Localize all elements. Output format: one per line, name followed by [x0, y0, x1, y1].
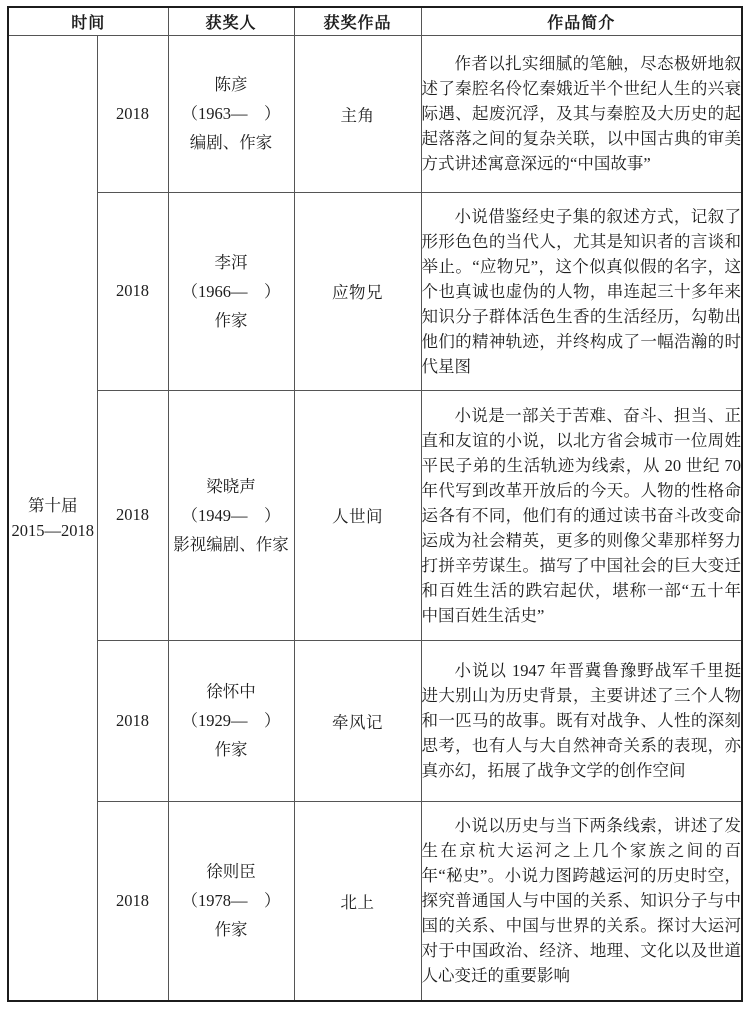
winner-role: 影视编剧、作家 [169, 530, 294, 559]
year-cell: 2018 [97, 192, 168, 390]
winner-dates: （1966— ） [169, 277, 294, 306]
year-cell: 2018 [97, 640, 168, 801]
table-row: 第十届 2015—2018 2018 陈彦 （1963— ） 编剧、作家 主角 … [8, 35, 742, 192]
header-intro: 作品简介 [421, 7, 742, 35]
winner-role: 作家 [169, 735, 294, 764]
intro-text: 作者以扎实细腻的笔触，尽态极妍地叙述了秦腔名伶忆秦娥近半个世纪人生的兴衰际遇、起… [422, 51, 742, 176]
winner-cell: 李洱 （1966— ） 作家 [168, 192, 294, 390]
intro-text: 小说是一部关于苦难、奋斗、担当、正直和友谊的小说，以北方省会城市一位周姓平民子弟… [422, 403, 742, 628]
winner-dates: （1929— ） [169, 706, 294, 735]
work-cell: 应物兄 [294, 192, 421, 390]
work-cell: 北上 [294, 801, 421, 1001]
year-cell: 2018 [97, 390, 168, 640]
winner-dates: （1963— ） [169, 99, 294, 128]
table-row: 2018 徐则臣 （1978— ） 作家 北上 小说以历史与当下两条线索，讲述了… [8, 801, 742, 1001]
winner-name: 徐怀中 [169, 677, 294, 706]
intro-text: 小说借鉴经史子集的叙述方式，记叙了形形色色的当代人，尤其是知识者的言谈和举止。“… [422, 204, 742, 379]
table-row: 2018 徐怀中 （1929— ） 作家 牵风记 小说以 1947 年晋冀鲁豫野… [8, 640, 742, 801]
winner-cell: 徐怀中 （1929— ） 作家 [168, 640, 294, 801]
header-winner: 获奖人 [168, 7, 294, 35]
winner-dates: （1949— ） [169, 501, 294, 530]
header-time: 时间 [8, 7, 168, 35]
winner-dates: （1978— ） [169, 886, 294, 915]
winner-role: 作家 [169, 915, 294, 944]
table-header-row: 时间 获奖人 获奖作品 作品简介 [8, 7, 742, 35]
table-row: 2018 李洱 （1966— ） 作家 应物兄 小说借鉴经史子集的叙述方式，记叙… [8, 192, 742, 390]
edition-title: 第十届 [9, 493, 97, 518]
winner-cell: 陈彦 （1963— ） 编剧、作家 [168, 35, 294, 192]
intro-text: 小说以 1947 年晋冀鲁豫野战军千里挺进大别山为历史背景，主要讲述了三个人物和… [422, 658, 742, 783]
edition-years: 2015—2018 [9, 518, 97, 543]
edition-cell: 第十届 2015—2018 [8, 35, 97, 1001]
work-cell: 牵风记 [294, 640, 421, 801]
intro-text: 小说以历史与当下两条线索，讲述了发生在京杭大运河之上几个家族之间的百年“秘史”。… [422, 813, 742, 988]
intro-cell: 小说是一部关于苦难、奋斗、担当、正直和友谊的小说，以北方省会城市一位周姓平民子弟… [421, 390, 742, 640]
table-row: 2018 梁晓声 （1949— ） 影视编剧、作家 人世间 小说是一部关于苦难、… [8, 390, 742, 640]
header-work: 获奖作品 [294, 7, 421, 35]
year-cell: 2018 [97, 35, 168, 192]
intro-cell: 小说以历史与当下两条线索，讲述了发生在京杭大运河之上几个家族之间的百年“秘史”。… [421, 801, 742, 1001]
winner-role: 作家 [169, 306, 294, 335]
work-cell: 主角 [294, 35, 421, 192]
winner-name: 陈彦 [169, 70, 294, 99]
document-page: 时间 获奖人 获奖作品 作品简介 第十届 2015—2018 2018 陈彦 （… [0, 0, 750, 1018]
intro-cell: 作者以扎实细腻的笔触，尽态极妍地叙述了秦腔名伶忆秦娥近半个世纪人生的兴衰际遇、起… [421, 35, 742, 192]
award-table: 时间 获奖人 获奖作品 作品简介 第十届 2015—2018 2018 陈彦 （… [7, 6, 743, 1002]
winner-name: 梁晓声 [169, 472, 294, 501]
intro-cell: 小说借鉴经史子集的叙述方式，记叙了形形色色的当代人，尤其是知识者的言谈和举止。“… [421, 192, 742, 390]
winner-cell: 徐则臣 （1978— ） 作家 [168, 801, 294, 1001]
work-cell: 人世间 [294, 390, 421, 640]
winner-cell: 梁晓声 （1949— ） 影视编剧、作家 [168, 390, 294, 640]
year-cell: 2018 [97, 801, 168, 1001]
intro-cell: 小说以 1947 年晋冀鲁豫野战军千里挺进大别山为历史背景，主要讲述了三个人物和… [421, 640, 742, 801]
winner-name: 李洱 [169, 248, 294, 277]
winner-role: 编剧、作家 [169, 128, 294, 157]
winner-name: 徐则臣 [169, 857, 294, 886]
